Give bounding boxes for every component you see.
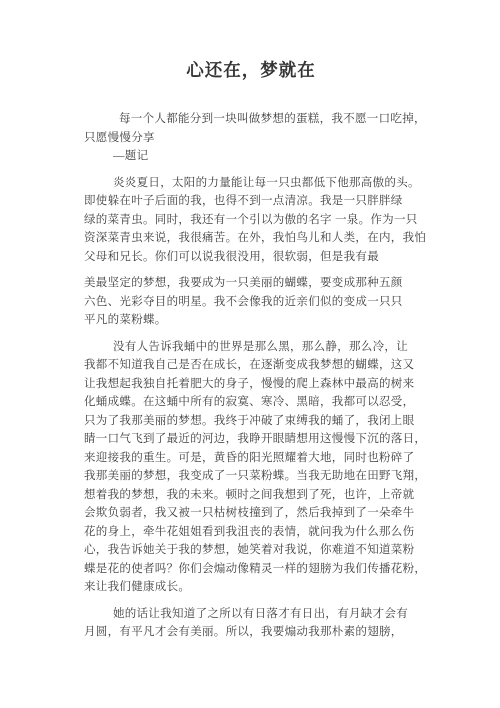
text-line: 心，我告诉她关于我的梦想，她笑着对我说，你难道不知道菜粉	[84, 541, 418, 560]
text-line: 美最坚定的梦想，我要成为一只美丽的蝴蝶，要变成那种五颜	[84, 274, 418, 293]
epigraph: 每一个人都能分到一块叫做梦想的蛋糕，我不愿一口吃掉， 只愿慢慢分享 —题记	[84, 110, 418, 166]
text-line: 我那美丽的梦想，我变成了一只菜粉蝶。当我无助地在田野飞翔，	[84, 467, 418, 486]
text-line: 睛一口气飞到了最近的河边，我睁开眼睛想用这慢慢下沉的落日，	[84, 430, 418, 449]
text-line: 来迎接我的重生。可是，黄昏的阳光照耀着大地，同时也粉碎了	[84, 449, 418, 468]
text-line: 月圆，有平凡才会有美丽。所以，我要煽动我那朴素的翅膀，	[84, 623, 418, 642]
text-line: 让我想起我独自托着肥大的身子，慢慢的爬上森林中最高的树来	[84, 375, 418, 394]
paragraph: 没有人告诉我蛹中的世界是那么黑，那么静，那么冷，让 我都不知道我自己是否在成长，…	[84, 338, 418, 597]
document-body: 每一个人都能分到一块叫做梦想的蛋糕，我不愿一口吃掉， 只愿慢慢分享 —题记 炎炎…	[84, 110, 418, 642]
text-line: 炎炎夏日，太阳的力量能让每一只虫都低下他那高傲的头。	[84, 174, 418, 193]
paragraph: 美最坚定的梦想，我要成为一只美丽的蝴蝶，要变成那种五颜 六色、光彩夺目的明星。我…	[84, 274, 418, 330]
text-line: 没有人告诉我蛹中的世界是那么黑，那么静，那么冷，让	[84, 338, 418, 357]
document-content: 心还在，梦就在 每一个人都能分到一块叫做梦想的蛋糕，我不愿一口吃掉， 只愿慢慢分…	[0, 0, 500, 642]
text-line: 化蛹成蝶。在这蛹中所有的寂寞、寒冷、黑暗，我都可以忍受，	[84, 393, 418, 412]
paragraph: 炎炎夏日，太阳的力量能让每一只虫都低下他那高傲的头。 即使躲在叶子后面的我，也得…	[84, 174, 418, 267]
paragraph: 她的话让我知道了之所以有日落才有日出，有月缺才会有 月圆，有平凡才会有美丽。所以…	[84, 605, 418, 642]
text-line: 她的话让我知道了之所以有日落才有日出，有月缺才会有	[84, 605, 418, 624]
text-line: 每一个人都能分到一块叫做梦想的蛋糕，我不愿一口吃掉，	[84, 110, 418, 129]
text-line: 即使躲在叶子后面的我，也得不到一点清凉。我是一只胖胖绿	[84, 192, 418, 211]
text-line: 资深菜青虫来说，我很痛苦。在外，我怕鸟儿和人类，在内，我怕	[84, 229, 418, 248]
text-line: 蝶是花的使者吗？你们会煽动像精灵一样的翅膀为我们传播花粉，	[84, 560, 418, 579]
text-line: 来让我们健康成长。	[84, 578, 418, 597]
text-line: 会欺负弱者，我又被一只枯树枝撞到了，然后我掉到了一朵牵牛	[84, 504, 418, 523]
text-line: 只为了我那美丽的梦想。我终于冲破了束缚我的蛹了，我闭上眼	[84, 412, 418, 431]
document-title: 心还在，梦就在	[84, 61, 418, 80]
epigraph-attribution: —题记	[84, 147, 418, 166]
text-line: 父母和兄长。你们可以说我很没用，很软弱，但是我有最	[84, 248, 418, 267]
text-line: 绿的菜青虫。同时，我还有一个引以为傲的名字 一泉。作为一只	[84, 211, 418, 230]
text-line: 六色、光彩夺目的明星。我不会像我的近亲们似的变成一只只	[84, 293, 418, 312]
text-line: 花的身上，牵牛花姐姐看到我沮丧的表情，就问我为什么那么伤	[84, 523, 418, 542]
text-line: 想着我的梦想，我的未来。顿时之间我想到了死，也许，上帝就	[84, 486, 418, 505]
document-page: 心还在，梦就在 每一个人都能分到一块叫做梦想的蛋糕，我不愿一口吃掉， 只愿慢慢分…	[0, 0, 500, 708]
text-line: 只愿慢慢分享	[84, 129, 418, 148]
text-line: 平凡的菜粉蝶。	[84, 311, 418, 330]
text-line: 我都不知道我自己是否在成长，在逐渐变成我梦想的蝴蝶，这又	[84, 356, 418, 375]
